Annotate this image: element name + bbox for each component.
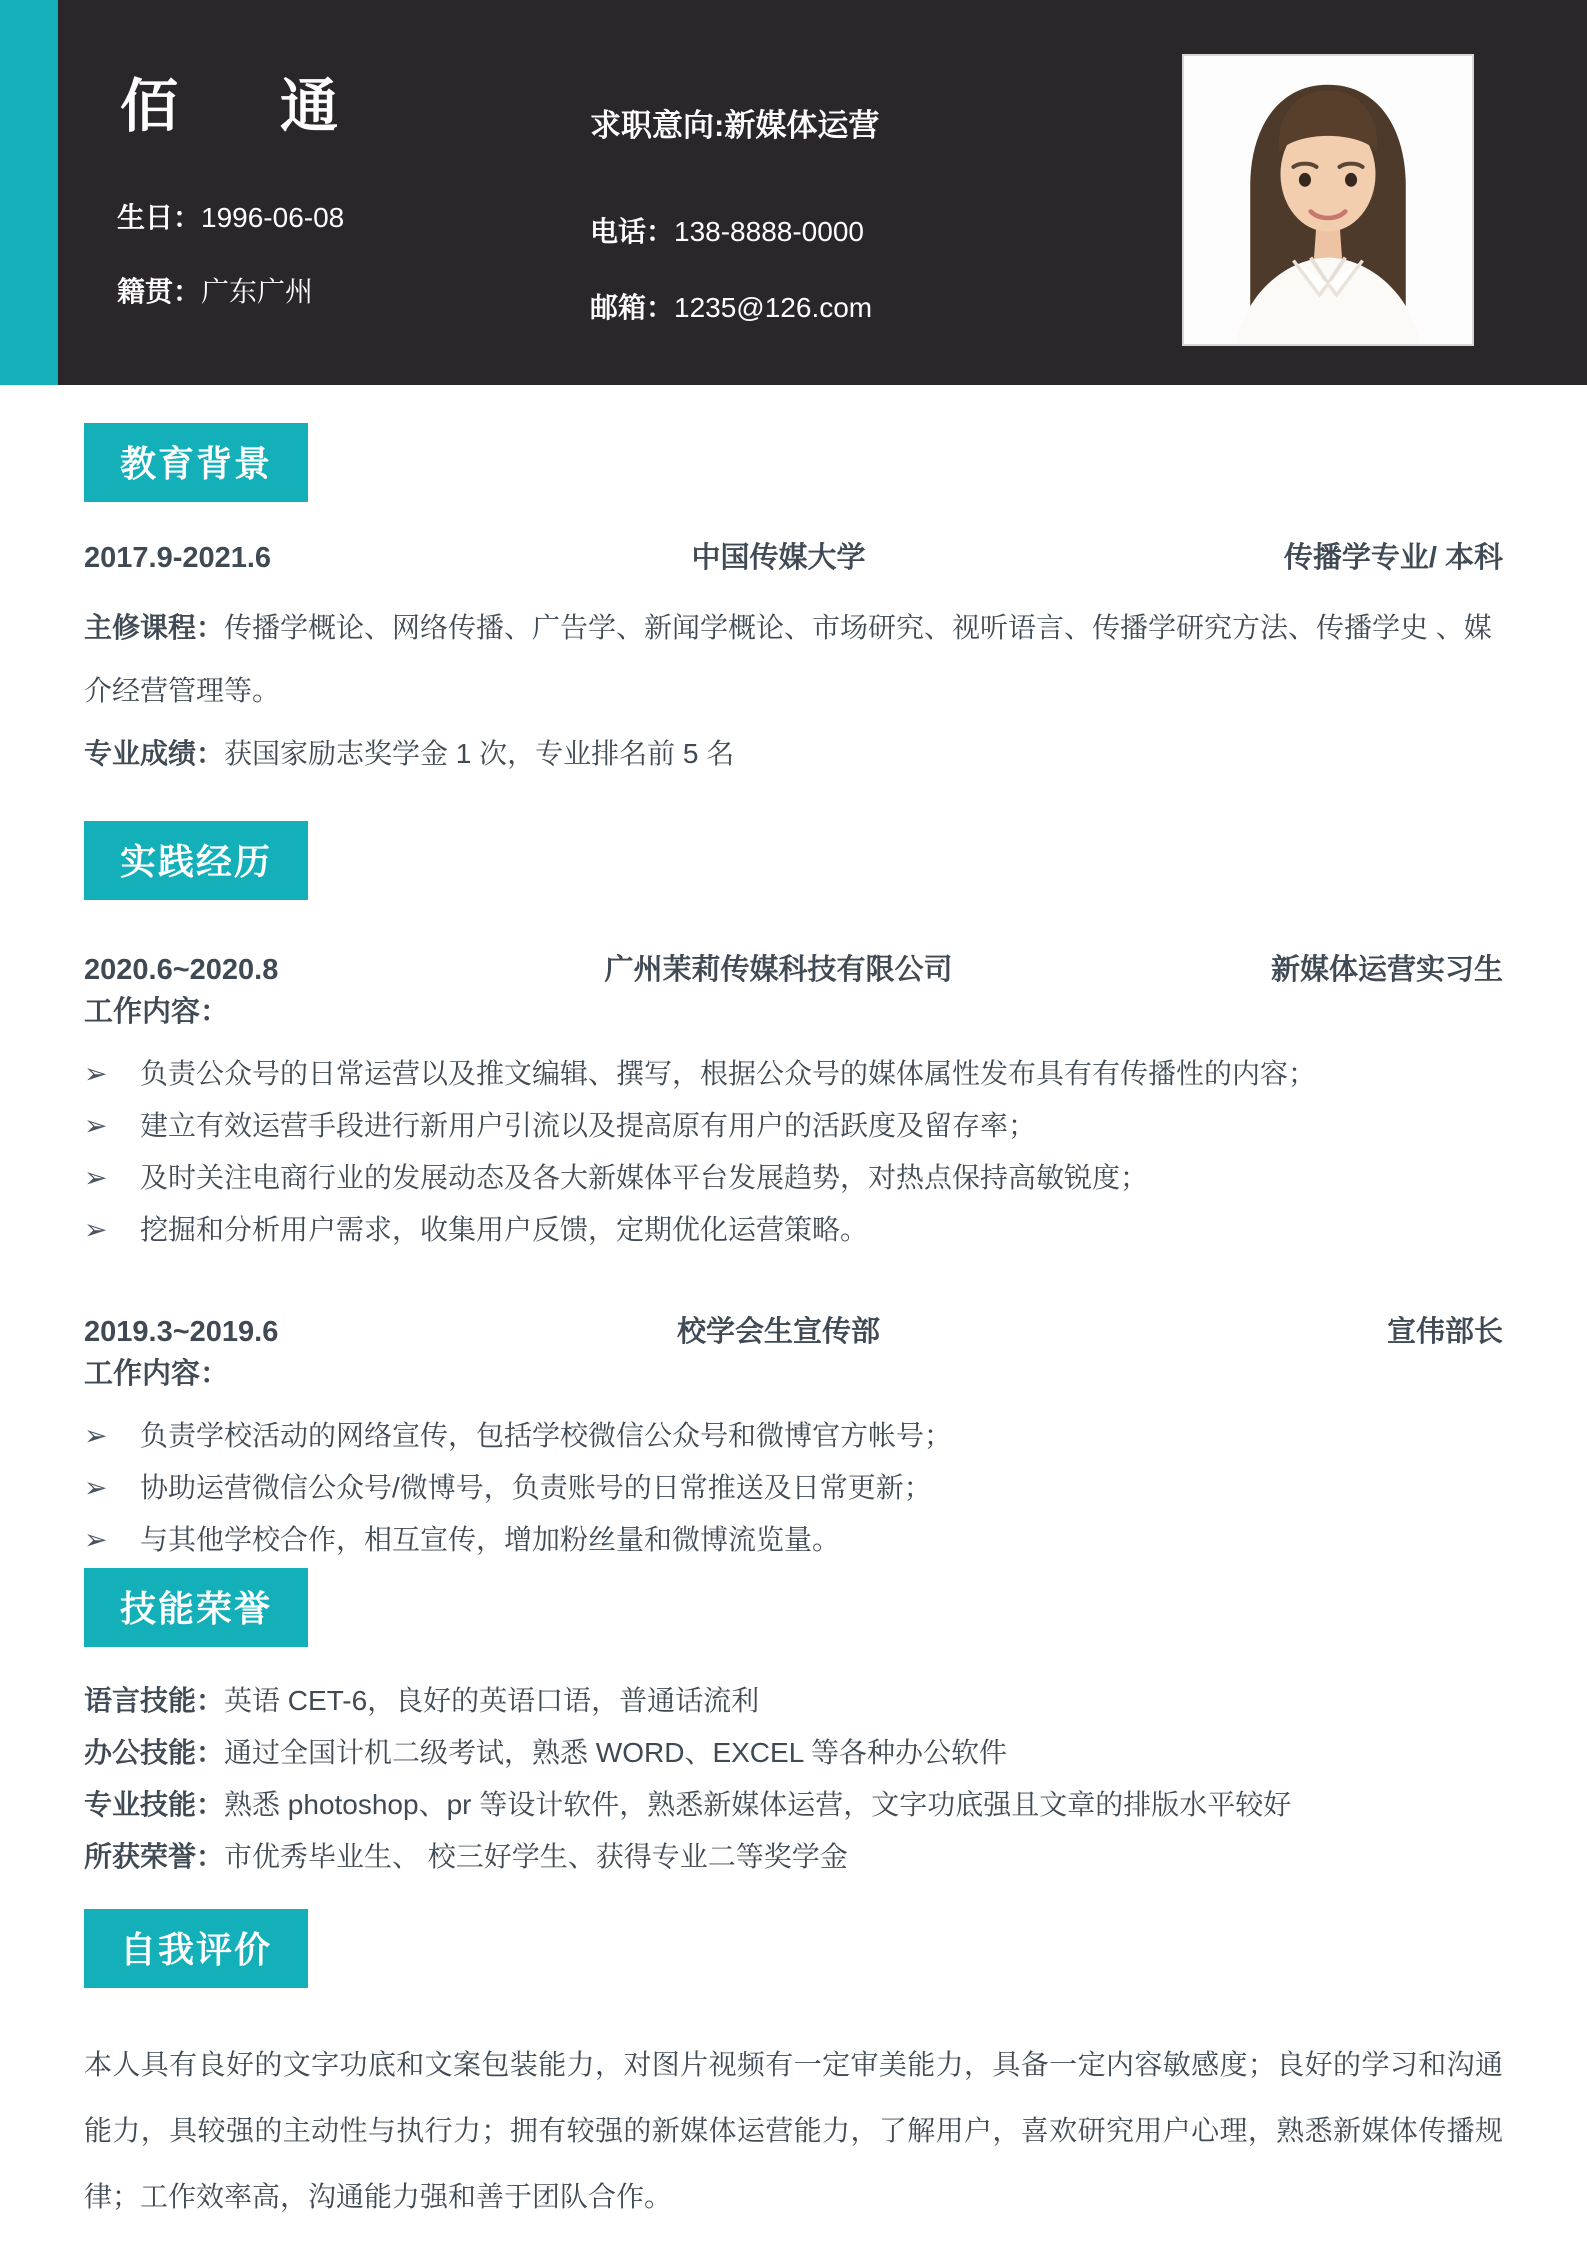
skill-label: 办公技能： [84, 1737, 224, 1768]
section-title-education: 教育背景 [84, 423, 308, 502]
job-bullet: ➢负责公众号的日常运营以及推文编辑、撰写，根据公众号的媒体属性发布具有有传播性的… [84, 1048, 1503, 1100]
profile-photo-illustration [1184, 56, 1472, 344]
job-bullet: ➢协助运营微信公众号/微博号，负责账号的日常推送及日常更新； [84, 1462, 1503, 1514]
field-email: 邮箱：1235@126.com [590, 286, 872, 326]
field-phone: 电话：138-8888-0000 [590, 210, 864, 250]
job-organization: 校学会生宣传部 [414, 1312, 1143, 1352]
education-entry-header: 2017.9-2021.6 中国传媒大学 传播学专业/ 本科 [84, 538, 1503, 578]
experience-job-1: 2020.6~2020.8 广州茉莉传媒科技有限公司 新媒体运营实习生 工作内容… [84, 950, 1503, 1256]
field-birthday-value: 1996-06-08 [201, 202, 344, 233]
section-skills: 技能荣誉 语言技能：英语 CET-6，良好的英语口语，普通话流利 办公技能：通过… [84, 1566, 1503, 1883]
field-email-label: 邮箱： [590, 292, 674, 323]
bullet-arrow-icon: ➢ [84, 1514, 114, 1566]
field-origin-label: 籍贯： [117, 276, 201, 307]
education-major-degree: 传播学专业/ 本科 [1143, 538, 1503, 578]
bullet-arrow-icon: ➢ [84, 1204, 114, 1256]
job-entry-header: 2020.6~2020.8 广州茉莉传媒科技有限公司 新媒体运营实习生 [84, 950, 1503, 990]
job-subheading: 工作内容： [84, 990, 1503, 1034]
job-bullet: ➢负责学校活动的网络宣传，包括学校微信公众号和微博官方帐号； [84, 1410, 1503, 1462]
field-birthday-label: 生日： [117, 202, 201, 233]
skill-label: 所获荣誉： [84, 1841, 224, 1872]
skill-line-language: 语言技能：英语 CET-6，良好的英语口语，普通话流利 [84, 1675, 1503, 1727]
education-courses-label: 主修课程： [84, 612, 224, 643]
resume-body: 教育背景 2017.9-2021.6 中国传媒大学 传播学专业/ 本科 主修课程… [0, 385, 1587, 2230]
job-bullet-text: 负责学校活动的网络宣传，包括学校微信公众号和微博官方帐号； [114, 1410, 1503, 1462]
job-period: 2019.3~2019.6 [84, 1312, 414, 1352]
profile-photo [1182, 54, 1474, 346]
job-bullet: ➢与其他学校合作，相互宣传，增加粉丝量和微博流览量。 [84, 1514, 1503, 1566]
skill-label: 语言技能： [84, 1685, 224, 1716]
job-bullet-text: 负责公众号的日常运营以及推文编辑、撰写，根据公众号的媒体属性发布具有有传播性的内… [114, 1048, 1503, 1100]
skill-text: 熟悉 photoshop、pr 等设计软件，熟悉新媒体运营，文字功底强且文章的排… [224, 1789, 1291, 1820]
skill-line-professional: 专业技能：熟悉 photoshop、pr 等设计软件，熟悉新媒体运营，文字功底强… [84, 1779, 1503, 1831]
education-grades-line: 专业成绩：获国家励志奖学金 1 次，专业排名前 5 名 [84, 722, 1503, 785]
resume-page: 佰 通 求职意向:新媒体运营 生日：1996-06-08 籍贯：广东广州 电话：… [0, 0, 1587, 2245]
section-self-evaluation: 自我评价 本人具有良好的文字功底和文案包装能力，对图片视频有一定审美能力，具备一… [84, 1883, 1503, 2230]
bullet-arrow-icon: ➢ [84, 1410, 114, 1462]
education-courses-text: 传播学概论、网络传播、广告学、新闻学概论、市场研究、视听语言、传播学研究方法、传… [84, 612, 1492, 706]
field-origin-value: 广东广州 [201, 276, 313, 307]
section-title-self-evaluation: 自我评价 [84, 1909, 308, 1988]
field-birthday: 生日：1996-06-08 [117, 196, 344, 236]
header-accent-bar [0, 0, 58, 385]
bullet-arrow-icon: ➢ [84, 1462, 114, 1514]
education-grades-label: 专业成绩： [84, 738, 224, 769]
job-intent-label: 求职意向: [590, 108, 724, 143]
section-title-experience: 实践经历 [84, 821, 308, 900]
education-grades-text: 获国家励志奖学金 1 次，专业排名前 5 名 [224, 738, 734, 769]
job-bullet: ➢建立有效运营手段进行新用户引流以及提高原有用户的活跃度及留存率； [84, 1100, 1503, 1152]
self-evaluation-text: 本人具有良好的文字功底和文案包装能力，对图片视频有一定审美能力，具备一定内容敏感… [84, 2032, 1503, 2230]
skill-text: 英语 CET-6，良好的英语口语，普通话流利 [224, 1685, 759, 1716]
job-bullet-text: 与其他学校合作，相互宣传，增加粉丝量和微博流览量。 [114, 1514, 1503, 1566]
field-phone-label: 电话： [590, 216, 674, 247]
field-phone-value: 138-8888-0000 [674, 216, 864, 247]
job-subheading: 工作内容： [84, 1352, 1503, 1396]
job-bullet: ➢及时关注电商行业的发展动态及各大新媒体平台发展趋势，对热点保持高敏锐度； [84, 1152, 1503, 1204]
section-title-skills: 技能荣誉 [84, 1568, 308, 1647]
skill-line-honors: 所获荣誉：市优秀毕业生、 校三好学生、获得专业二等奖学金 [84, 1831, 1503, 1883]
experience-job-2: 2019.3~2019.6 校学会生宣传部 宣伟部长 工作内容： ➢负责学校活动… [84, 1312, 1503, 1566]
skill-text: 市优秀毕业生、 校三好学生、获得专业二等奖学金 [224, 1841, 848, 1872]
field-email-value: 1235@126.com [674, 292, 872, 323]
header: 佰 通 求职意向:新媒体运营 生日：1996-06-08 籍贯：广东广州 电话：… [0, 0, 1587, 385]
section-education: 教育背景 2017.9-2021.6 中国传媒大学 传播学专业/ 本科 主修课程… [84, 385, 1503, 785]
job-bullet-text: 及时关注电商行业的发展动态及各大新媒体平台发展趋势，对热点保持高敏锐度； [114, 1152, 1503, 1204]
skill-line-office: 办公技能：通过全国计机二级考试，熟悉 WORD、EXCEL 等各种办公软件 [84, 1727, 1503, 1779]
job-title: 新媒体运营实习生 [1143, 950, 1503, 990]
job-entry-header: 2019.3~2019.6 校学会生宣传部 宣伟部长 [84, 1312, 1503, 1352]
education-school: 中国传媒大学 [414, 538, 1143, 578]
job-period: 2020.6~2020.8 [84, 950, 414, 990]
bullet-arrow-icon: ➢ [84, 1152, 114, 1204]
field-origin: 籍贯：广东广州 [117, 270, 313, 310]
job-bullet-list: ➢负责公众号的日常运营以及推文编辑、撰写，根据公众号的媒体属性发布具有有传播性的… [84, 1048, 1503, 1256]
skills-list: 语言技能：英语 CET-6，良好的英语口语，普通话流利 办公技能：通过全国计机二… [84, 1675, 1503, 1883]
job-intent: 求职意向:新媒体运营 [590, 100, 879, 145]
skill-label: 专业技能： [84, 1789, 224, 1820]
bullet-arrow-icon: ➢ [84, 1048, 114, 1100]
job-intent-value: 新媒体运营 [724, 108, 879, 143]
job-bullet-list: ➢负责学校活动的网络宣传，包括学校微信公众号和微博官方帐号； ➢协助运营微信公众… [84, 1410, 1503, 1566]
education-courses-line: 主修课程：传播学概论、网络传播、广告学、新闻学概论、市场研究、视听语言、传播学研… [84, 596, 1503, 722]
bullet-arrow-icon: ➢ [84, 1100, 114, 1152]
job-company: 广州茉莉传媒科技有限公司 [414, 950, 1143, 990]
skill-text: 通过全国计机二级考试，熟悉 WORD、EXCEL 等各种办公软件 [224, 1737, 1007, 1768]
job-bullet-text: 挖掘和分析用户需求，收集用户反馈，定期优化运营策略。 [114, 1204, 1503, 1256]
section-experience: 实践经历 2020.6~2020.8 广州茉莉传媒科技有限公司 新媒体运营实习生… [84, 785, 1503, 1566]
job-bullet-text: 协助运营微信公众号/微博号，负责账号的日常推送及日常更新； [114, 1462, 1503, 1514]
job-title: 宣伟部长 [1143, 1312, 1503, 1352]
job-bullet: ➢挖掘和分析用户需求，收集用户反馈，定期优化运营策略。 [84, 1204, 1503, 1256]
job-bullet-text: 建立有效运营手段进行新用户引流以及提高原有用户的活跃度及留存率； [114, 1100, 1503, 1152]
education-period: 2017.9-2021.6 [84, 538, 414, 578]
candidate-name: 佰 通 [120, 78, 360, 136]
